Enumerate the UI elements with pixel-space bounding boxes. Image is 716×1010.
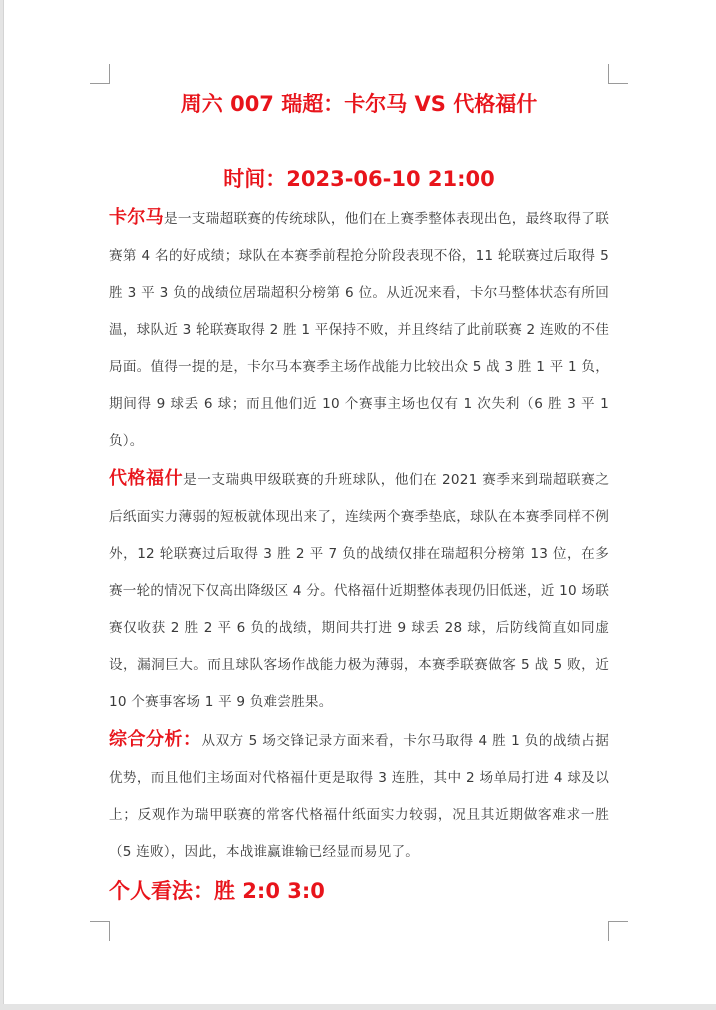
crop-mark-top-right (608, 64, 628, 84)
paragraph-text: 是一支瑞典甲级联赛的升班球队，他们在 2021 赛季来到瑞超联赛之后纸面实力薄弱… (109, 472, 609, 710)
crop-mark-bottom-left (90, 921, 110, 941)
overall-analysis-label: 综合分析： (109, 729, 202, 750)
document-body: 周六 007 瑞超：卡尔马 VS 代格福什 时间：2023-06-10 21:0… (109, 86, 609, 911)
personal-prediction: 个人看法：胜 2:0 3:0 (109, 871, 609, 911)
crop-mark-bottom-right (608, 921, 628, 941)
overall-analysis: 综合分析：从双方 5 场交锋记录方面来看，卡尔马取得 4 胜 1 负的战绩占据优… (109, 721, 609, 871)
viewer-bottom-margin (0, 1004, 716, 1010)
crop-mark-top-left (90, 64, 110, 84)
page-title: 周六 007 瑞超：卡尔马 VS 代格福什 (109, 86, 609, 122)
team-name-degerfors: 代格福什 (109, 468, 183, 489)
team-analysis-kalmar: 卡尔马是一支瑞超联赛的传统球队，他们在上赛季整体表现出色，最终取得了联赛第 4 … (109, 199, 609, 460)
paragraph-text: 从双方 5 场交锋记录方面来看，卡尔马取得 4 胜 1 负的战绩占据优势，而且他… (109, 733, 609, 860)
team-analysis-degerfors: 代格福什是一支瑞典甲级联赛的升班球队，他们在 2021 赛季来到瑞超联赛之后纸面… (109, 460, 609, 721)
team-name-kalmar: 卡尔马 (109, 207, 164, 228)
paragraph-text: 是一支瑞超联赛的传统球队，他们在上赛季整体表现出色，最终取得了联赛第 4 名的好… (109, 211, 609, 449)
match-time: 时间：2023-06-10 21:00 (109, 161, 609, 197)
